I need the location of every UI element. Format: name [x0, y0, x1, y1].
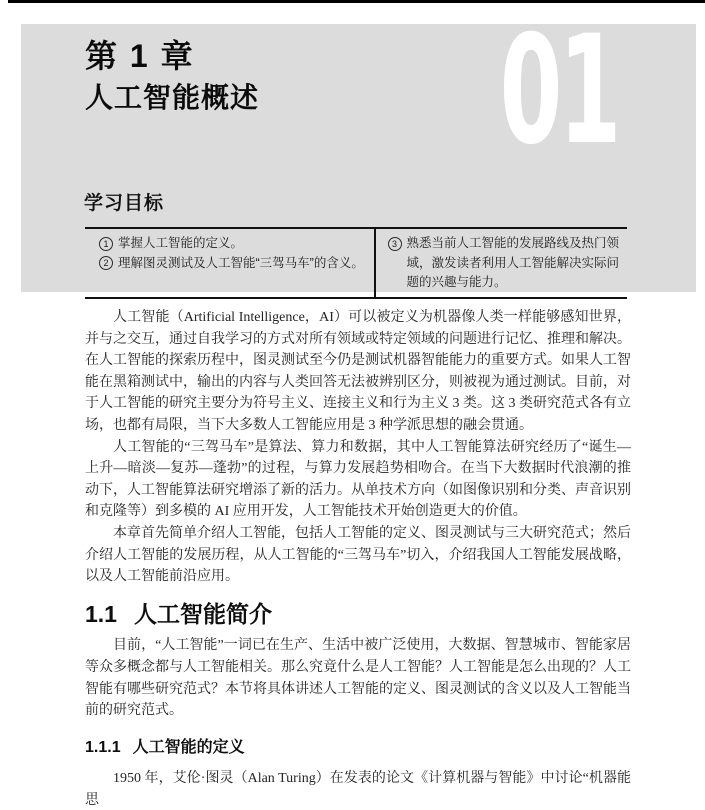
section-number: 1.1	[85, 601, 117, 627]
chapter-title: 人工智能概述	[85, 76, 259, 116]
page-top-rule	[8, 0, 705, 3]
learning-objectives-heading: 学习目标	[84, 188, 164, 215]
learning-objectives-box: 1 掌握人工智能的定义。 2 理解图灵测试及人工智能“三驾马车”的含义。 3 熟…	[85, 227, 627, 299]
subsection-paragraph: 1950 年，艾伦·图灵（Alan Turing）在发表的论文《计算机器与智能》…	[85, 768, 631, 810]
chapter-number: 第 1 章	[85, 31, 195, 77]
intro-paragraph: 人工智能（Artificial Intelligence，AI）可以被定义为机器…	[85, 307, 631, 437]
subsection-title: 人工智能的定义	[133, 739, 245, 756]
objectives-left-column: 1 掌握人工智能的定义。 2 理解图灵测试及人工智能“三驾马车”的含义。	[85, 229, 374, 297]
objective-text: 熟悉当前人工智能的发展路线及热门领域，激发读者利用人工智能解决实际问题的兴趣与能…	[407, 234, 620, 293]
body-text-column: 人工智能（Artificial Intelligence，AI）可以被定义为机器…	[85, 307, 631, 810]
circled-number-icon: 1	[99, 237, 113, 251]
section-title: 人工智能简介	[134, 601, 272, 627]
chapter-header-band: 第 1 章 人工智能概述 01 学习目标 1 掌握人工智能的定义。 2 理解图灵…	[21, 24, 696, 292]
subsection-heading-1-1-1: 1.1.1人工智能的定义	[85, 737, 631, 759]
book-page: 第 1 章 人工智能概述 01 学习目标 1 掌握人工智能的定义。 2 理解图灵…	[0, 0, 705, 810]
section-heading-1-1: 1.1人工智能简介	[85, 604, 631, 626]
circled-number-icon: 2	[99, 256, 113, 270]
chapter-number-badge: 01	[500, 32, 618, 150]
intro-paragraph: 人工智能的“三驾马车”是算法、算力和数据，其中人工智能算法研究经历了“诞生—上升…	[85, 437, 631, 523]
objective-item: 1 掌握人工智能的定义。	[99, 234, 366, 254]
section-paragraph: 目前，“人工智能”一词已在生产、生活中被广泛使用，大数据、智慧城市、智能家居等众…	[85, 635, 631, 721]
intro-paragraph: 本章首先简单介绍人工智能，包括人工智能的定义、图灵测试与三大研究范式；然后介绍人…	[85, 523, 631, 588]
objective-text: 掌握人工智能的定义。	[118, 234, 366, 254]
objectives-right-column: 3 熟悉当前人工智能的发展路线及热门领域，激发读者利用人工智能解决实际问题的兴趣…	[376, 229, 628, 297]
subsection-number: 1.1.1	[85, 739, 121, 756]
objective-item: 3 熟悉当前人工智能的发展路线及热门领域，激发读者利用人工智能解决实际问题的兴趣…	[388, 234, 620, 293]
circled-number-icon: 3	[388, 237, 402, 251]
objective-item: 2 理解图灵测试及人工智能“三驾马车”的含义。	[99, 254, 366, 274]
objective-text: 理解图灵测试及人工智能“三驾马车”的含义。	[118, 254, 366, 274]
